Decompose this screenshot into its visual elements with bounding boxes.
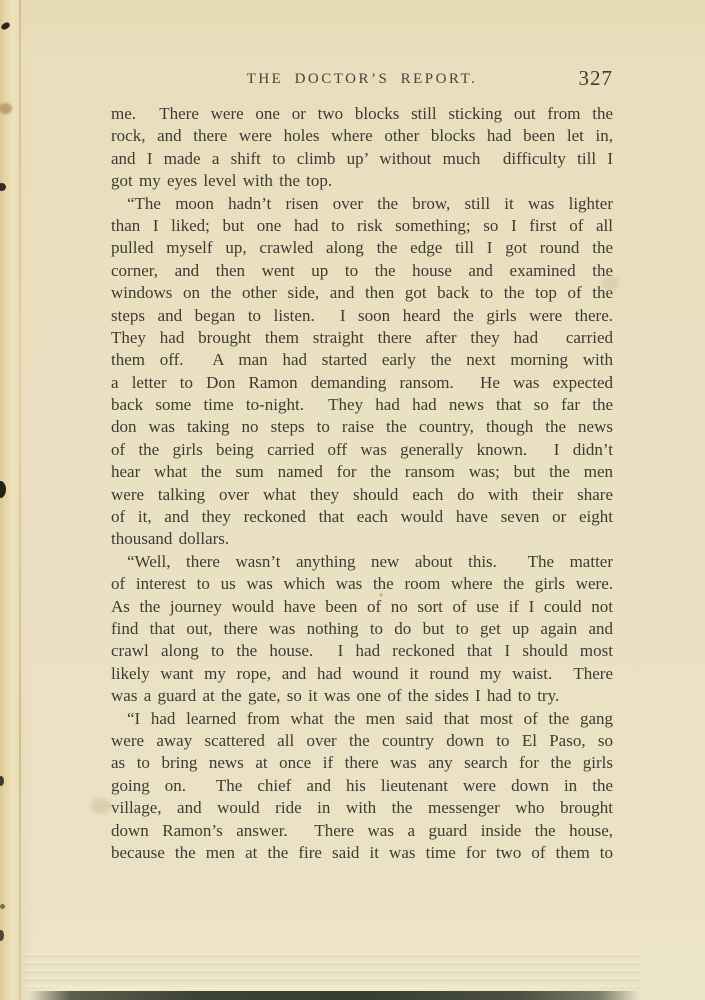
text-line: of it, and they reckoned that each would… xyxy=(111,506,613,528)
text-line: were talking over what they should each … xyxy=(111,484,613,506)
ink-speck xyxy=(0,21,11,31)
text-line: windows on the other side, and then got … xyxy=(111,282,613,304)
paper-smudge xyxy=(90,798,112,814)
paper-smudge xyxy=(602,276,619,291)
text-block: me. There were one or two blocks still s… xyxy=(111,103,613,864)
text-line: than I liked; but one had to risk someth… xyxy=(111,215,613,237)
text-line: down Ramon’s answer. There was a guard i… xyxy=(111,820,613,842)
ink-speck xyxy=(0,183,6,191)
text-line: find that out, there was nothing to do b… xyxy=(111,618,613,640)
text-line: a letter to Don Ramon demanding ransom. … xyxy=(111,372,613,394)
paragraph: “I had learned from what the men said th… xyxy=(111,708,613,865)
text-line: As the journey would have been of no sor… xyxy=(111,596,613,618)
text-line: likely want my rope, and had wound it ro… xyxy=(111,663,613,685)
edge-notch xyxy=(0,481,6,498)
page-number: 327 xyxy=(579,66,614,91)
text-line: steps and began to listen. I soon heard … xyxy=(111,305,613,327)
page-header: THE DOCTOR’S REPORT. 327 xyxy=(0,66,705,92)
text-line: don was taking no steps to raise the cou… xyxy=(111,416,613,438)
text-line: of the girls being carried off was gener… xyxy=(111,439,613,461)
paragraph: me. There were one or two blocks still s… xyxy=(111,103,613,193)
text-line: “I had learned from what the men said th… xyxy=(111,708,613,730)
text-line: because the men at the fire said it was … xyxy=(111,842,613,864)
text-line: thousand dollars. xyxy=(111,528,613,550)
text-line: rock, and there were holes where other b… xyxy=(111,125,613,147)
page-edge-streaks xyxy=(25,953,640,989)
paper-blemish xyxy=(0,103,12,114)
ink-speck xyxy=(0,904,5,909)
ink-speck xyxy=(0,930,4,941)
text-line: was a guard at the gate, so it was one o… xyxy=(111,685,613,707)
ink-speck xyxy=(0,776,4,786)
paper-spot xyxy=(379,593,383,597)
text-line: and I made a shift to climb up’ without … xyxy=(111,148,613,170)
paragraph: “Well, there wasn’t anything new about t… xyxy=(111,551,613,708)
text-line: were away scattered all over the country… xyxy=(111,730,613,752)
text-line: “Well, there wasn’t anything new about t… xyxy=(111,551,613,573)
text-line: “The moon hadn’t risen over the brow, st… xyxy=(111,193,613,215)
text-line: corner, and then went up to the house an… xyxy=(111,260,613,282)
text-line: got my eyes level with the top. xyxy=(111,170,613,192)
text-line: hear what the sum named for the ransom w… xyxy=(111,461,613,483)
binding-crease xyxy=(19,0,21,1000)
text-line: They had brought them straight there aft… xyxy=(111,327,613,349)
text-line: village, and would ride in with the mess… xyxy=(111,797,613,819)
running-title: THE DOCTOR’S REPORT. xyxy=(111,71,613,88)
book-page: THE DOCTOR’S REPORT. 327 me. There were … xyxy=(0,0,705,1000)
bottom-edge-shadow xyxy=(28,991,640,1000)
text-line: me. There were one or two blocks still s… xyxy=(111,103,613,125)
text-line: crawl along to the house. I had reckoned… xyxy=(111,640,613,662)
text-line: as to bring news at once if there was an… xyxy=(111,752,613,774)
paragraph: “The moon hadn’t risen over the brow, st… xyxy=(111,193,613,551)
text-line: of interest to us was which was the room… xyxy=(111,573,613,595)
text-line: pulled myself up, crawled along the edge… xyxy=(111,237,613,259)
text-line: going on. The chief and his lieutenant w… xyxy=(111,775,613,797)
text-line: them off. A man had started early the ne… xyxy=(111,349,613,371)
text-line: back some time to-night. They had had ne… xyxy=(111,394,613,416)
